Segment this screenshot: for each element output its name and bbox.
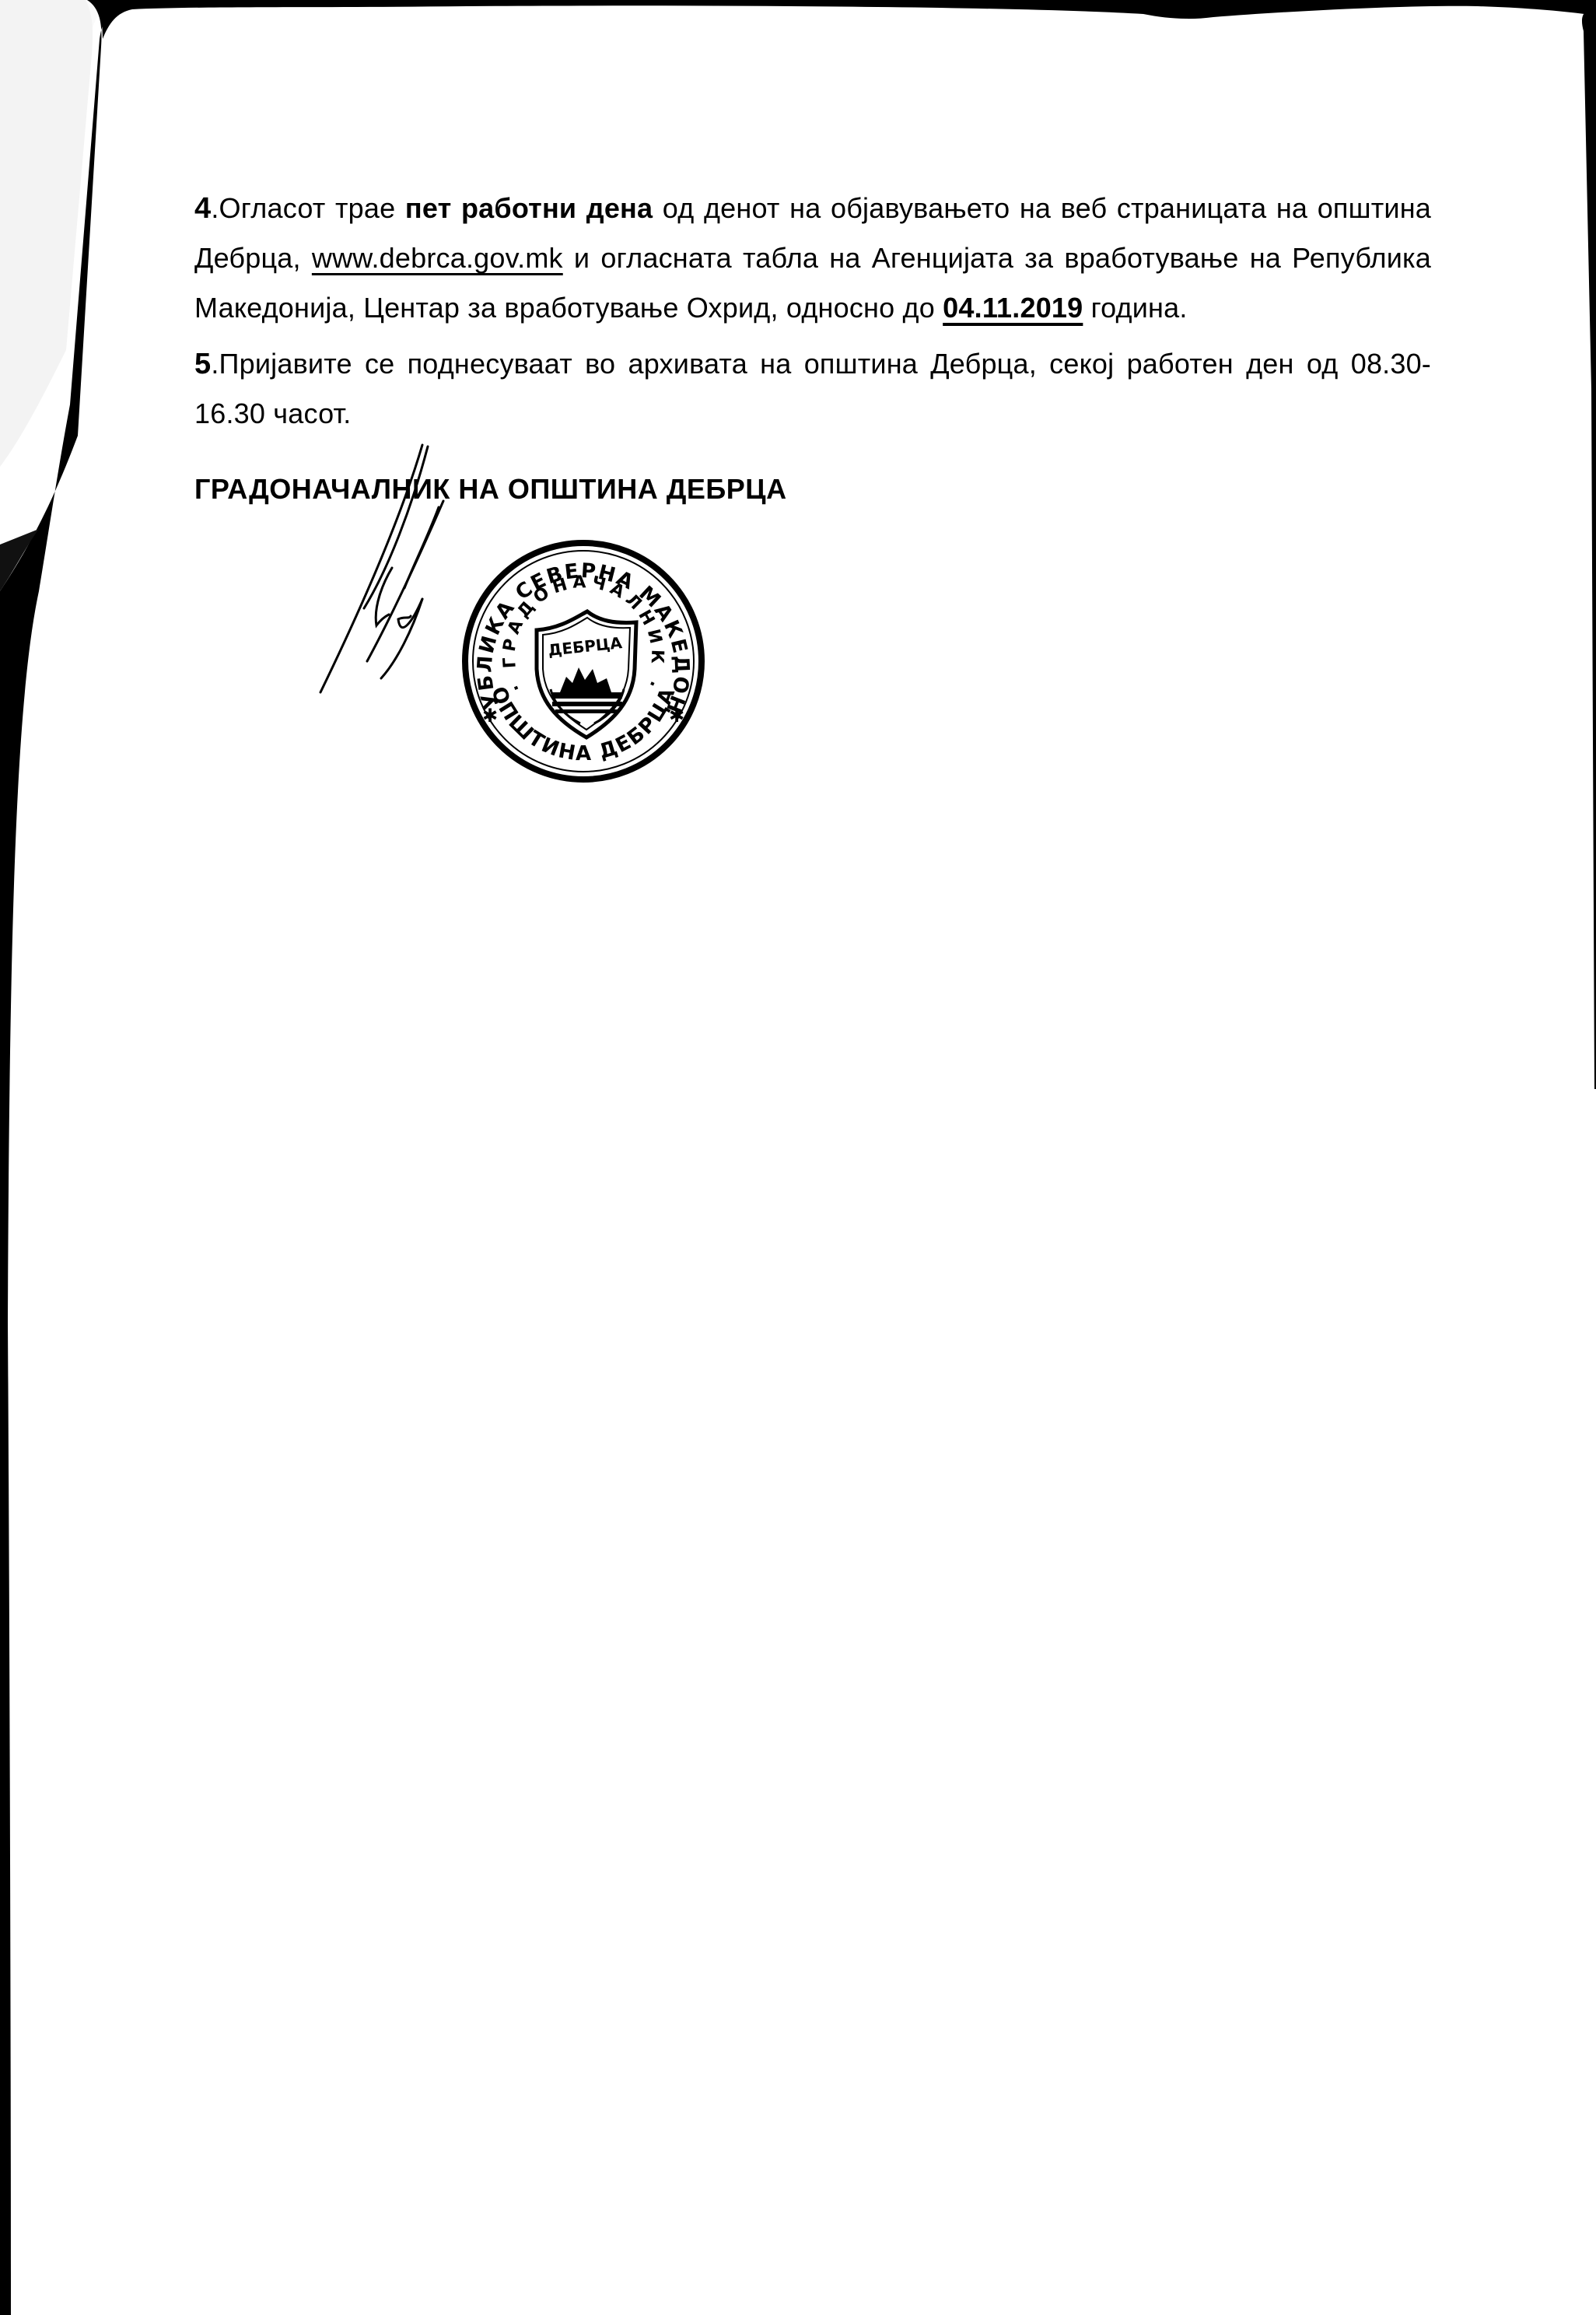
paragraph-number: 4: [194, 192, 211, 225]
paragraph-text: година.: [1083, 292, 1187, 324]
deadline-date: 04.11.2019: [943, 292, 1083, 324]
website-link[interactable]: www.debrca.gov.mk: [312, 242, 563, 274]
star-icon: ✱: [482, 705, 498, 727]
star-icon: ✱: [669, 705, 684, 727]
shield-emblem-icon: ДЕБРЦА: [537, 611, 636, 737]
duration-emphasis: пет работни дена: [405, 192, 653, 224]
paragraph-text: .Пријавите се поднесуваат во архивата на…: [194, 348, 1431, 429]
paragraph-4: 4.Огласот трае пет работни дена од денот…: [194, 184, 1431, 333]
paragraph-text: .Огласот трае: [211, 192, 405, 224]
handwritten-signature: [311, 436, 467, 700]
signature-title: ГРАДОНАЧАЛНИК НА ОПШТИНА ДЕБРЦА: [194, 473, 787, 506]
official-seal: РЕПУБЛИКА СЕВЕРНА МАКЕДОНИЈА · ГРАДОНАЧА…: [459, 537, 708, 786]
paragraph-number: 5: [194, 348, 211, 380]
paragraph-5: 5.Пријавите се поднесуваат во архивата н…: [194, 339, 1431, 439]
